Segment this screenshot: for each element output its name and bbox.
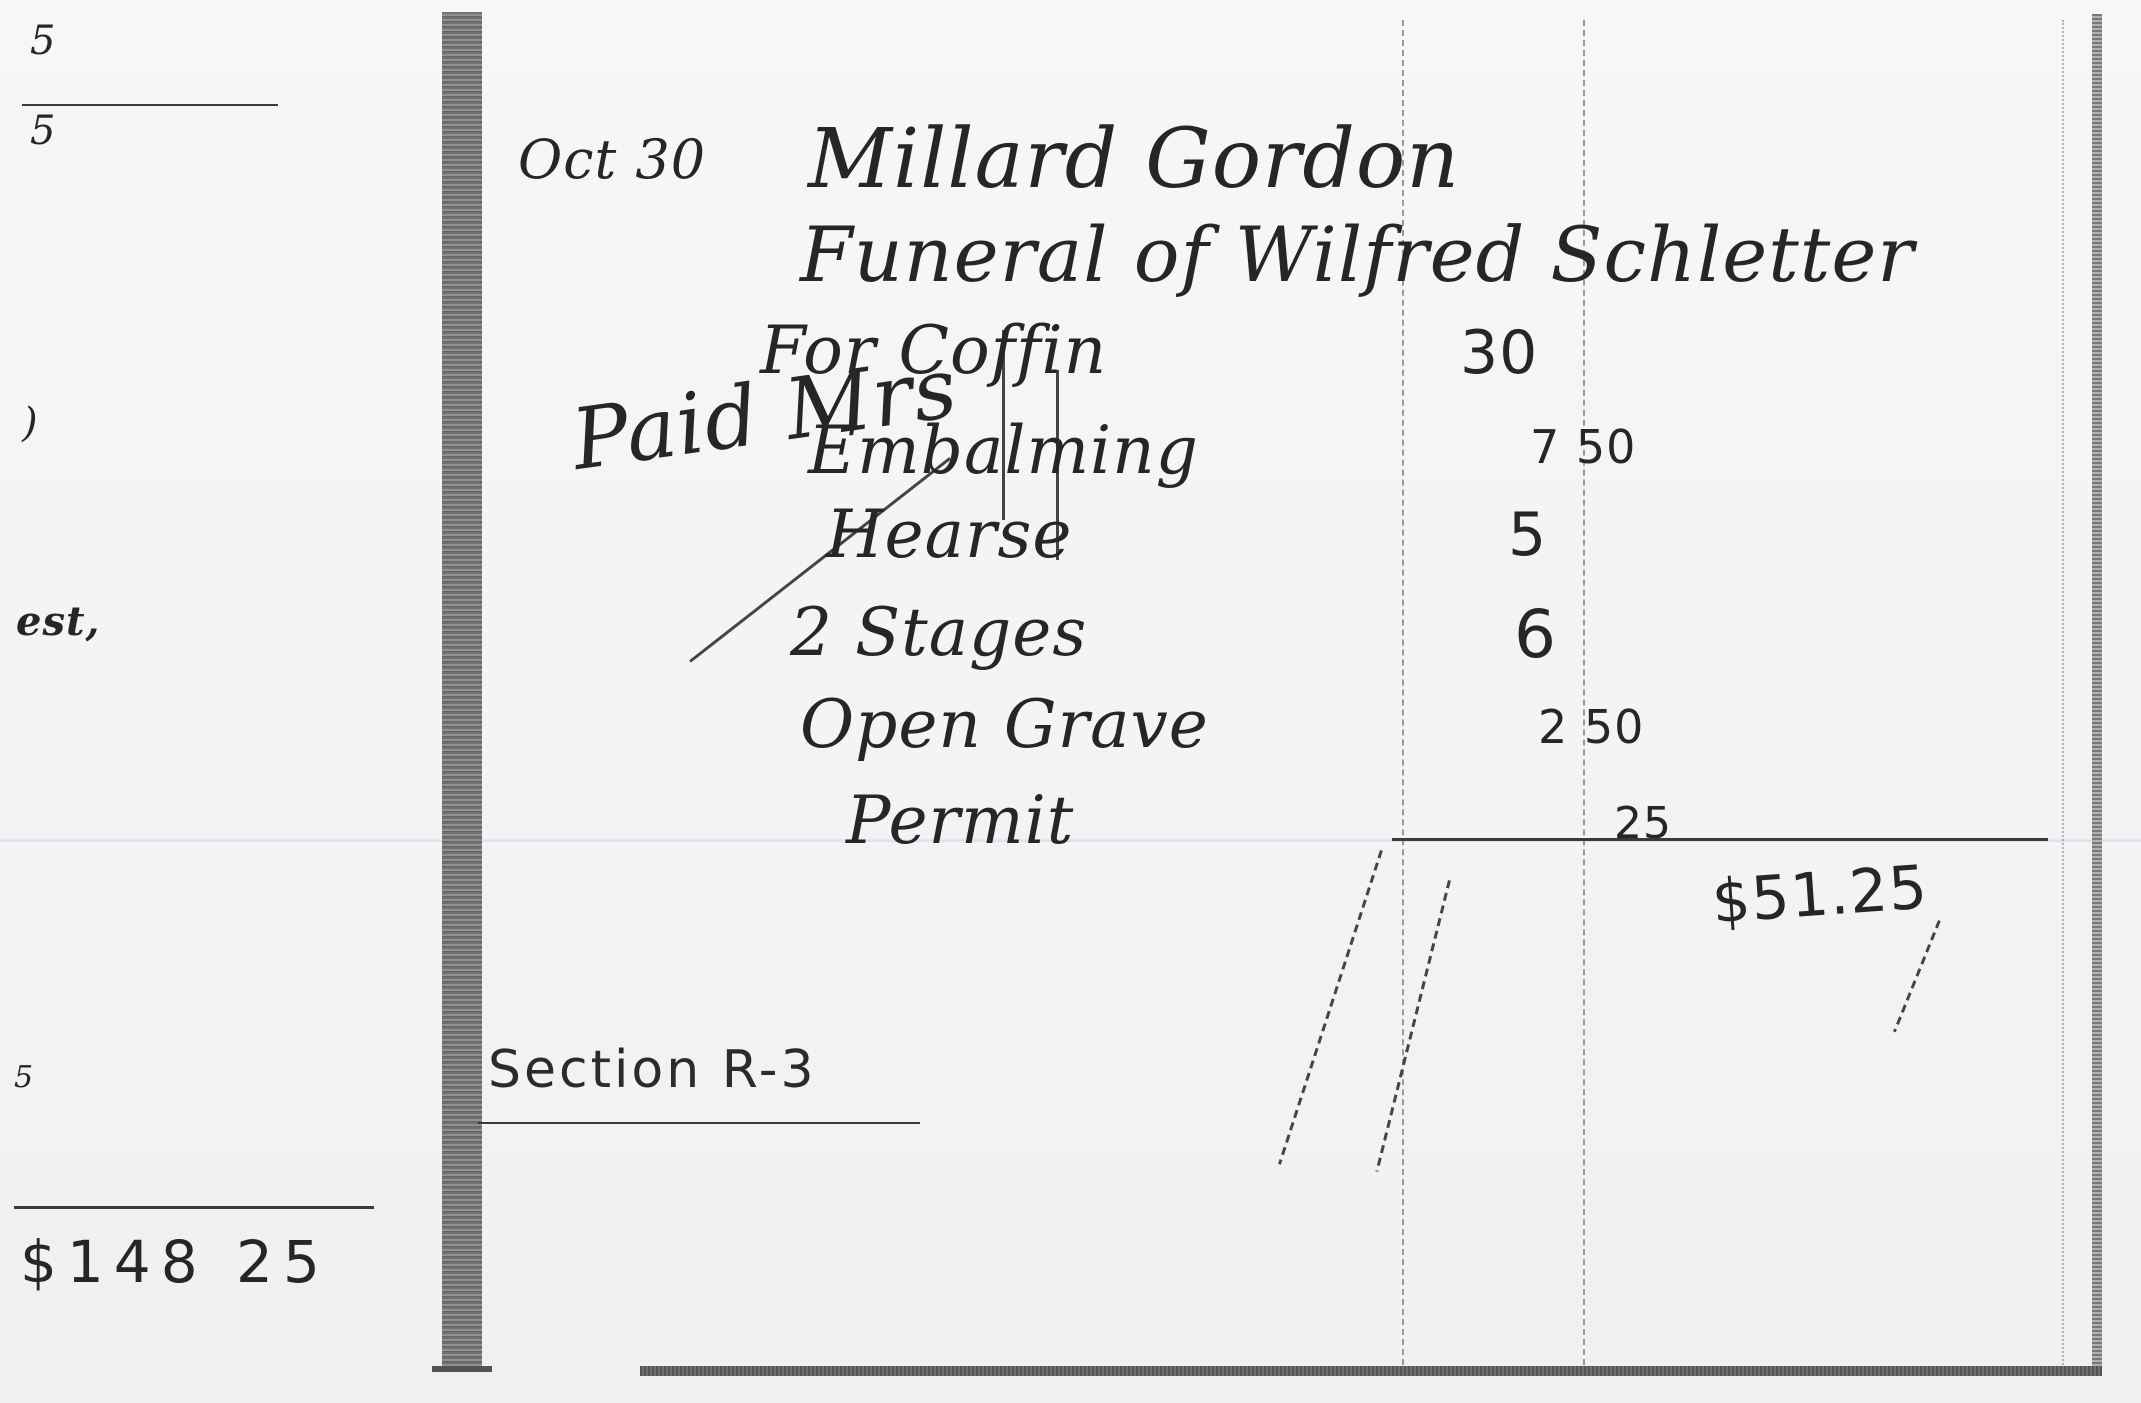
binding-edge bbox=[442, 12, 482, 1368]
item-label: 2 Stages bbox=[790, 594, 1087, 671]
margin-total-rule bbox=[14, 1206, 374, 1209]
column-rule-margin-right bbox=[2062, 20, 2064, 1365]
margin-rule bbox=[22, 104, 278, 106]
item-label: Open Grave bbox=[800, 686, 1209, 763]
item-amount: 25 bbox=[1614, 798, 1672, 849]
page-bottom-edge bbox=[640, 1366, 2102, 1376]
check-mark-stroke bbox=[1375, 880, 1450, 1172]
total-rule bbox=[1392, 838, 2048, 841]
entry-payer: Millard Gordon bbox=[808, 112, 1460, 207]
item-amount: 2 50 bbox=[1538, 700, 1644, 754]
margin-total: $148 25 bbox=[20, 1228, 330, 1296]
item-label: For Coffin bbox=[760, 312, 1107, 389]
check-mark-stroke bbox=[1278, 850, 1383, 1165]
item-amount: 5 bbox=[1508, 500, 1547, 570]
margin-fragment: est, bbox=[16, 598, 100, 645]
section-label: Section R-3 bbox=[488, 1040, 817, 1100]
entry-description: Funeral of Wilfred Schletter bbox=[800, 210, 1915, 299]
margin-fragment: ) bbox=[22, 400, 39, 446]
scanned-ledger-page: 5 5 ) est, 5 $148 25 Oct 30 Millard Gord… bbox=[0, 0, 2141, 1403]
margin-fragment: 5 bbox=[30, 18, 56, 64]
margin-fragment: 5 bbox=[14, 1060, 34, 1095]
item-label: Hearse bbox=[826, 496, 1072, 573]
item-amount: 30 bbox=[1460, 318, 1538, 388]
item-amount: 6 bbox=[1514, 596, 1557, 673]
item-label: Permit bbox=[846, 782, 1074, 859]
entry-total: $51.25 bbox=[1710, 853, 1930, 938]
item-label: Embalming bbox=[808, 412, 1199, 489]
margin-fragment: 5 bbox=[30, 108, 56, 154]
check-mark-stroke bbox=[1893, 920, 1941, 1032]
section-underline bbox=[478, 1122, 920, 1124]
page-right-edge bbox=[2092, 14, 2102, 1370]
entry-date: Oct 30 bbox=[518, 128, 706, 191]
item-amount: 7 50 bbox=[1530, 420, 1636, 474]
